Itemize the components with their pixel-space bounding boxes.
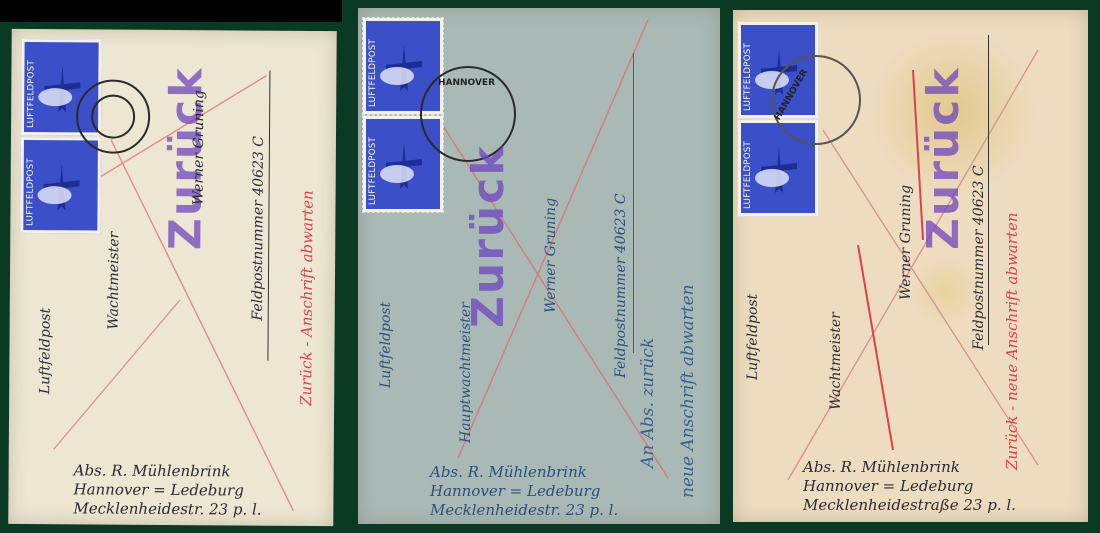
address-line: Werner Gruning — [191, 90, 208, 205]
sender-address: Abs. R. Mühlenbrink Hannover = Ledeburg … — [430, 463, 618, 520]
stamp-label: LUFTFELDPOST — [368, 39, 378, 107]
red-note: Zurück - neue Anschrift abwarten — [1003, 213, 1021, 470]
underline — [988, 35, 989, 345]
return-stamp: Zurück — [918, 66, 969, 250]
address-line: Werner Gruning — [898, 185, 914, 300]
underline — [267, 71, 270, 361]
sender-line: Mecklenheidestr. 23 p. l. — [430, 501, 618, 520]
address-line: Luftfeldpost — [378, 302, 394, 388]
stamp-label: LUFTFELDPOST — [743, 43, 753, 111]
stamp-label: LUFTFELDPOST — [743, 141, 753, 209]
sender-line: Mecklenheidestr. 23 p. l. — [73, 499, 261, 519]
address-line: Werner Gruning — [543, 198, 559, 313]
address-line: Feldpostnummer 40623 C — [613, 193, 629, 378]
black-border — [0, 0, 342, 22]
sender-line: Hannover = Ledeburg — [430, 482, 618, 501]
sender-line: Abs. R. Mühlenbrink — [74, 461, 262, 481]
blue-note: neue Anschrift abwarten — [678, 284, 698, 498]
return-stamp: Zurück — [463, 144, 514, 328]
underline — [633, 53, 634, 353]
sender-address: Abs. R. Mühlenbrink Hannover = Ledeburg … — [73, 461, 262, 519]
red-note: Zurück - Anschrift abwarten — [297, 190, 317, 406]
address-line: Luftfeldpost — [37, 308, 54, 394]
sender-line: Mecklenheidestraße 23 p. l. — [803, 496, 1016, 515]
address-line: Hauptwachtmeister — [458, 302, 474, 443]
luftfeldpost-stamp: LUFTFELDPOST — [20, 137, 101, 234]
address-line: Feldpostnummer 40623 C — [971, 165, 987, 350]
address-line: Wachtmeister — [106, 232, 123, 330]
blue-note: An Abs. zurück — [638, 338, 658, 468]
envelope-3: LUFTFELDPOST LUFTFELDPOST HANNOVER Zurüc… — [733, 10, 1088, 522]
postmark-inner — [91, 94, 135, 138]
sender-line: Abs. R. Mühlenbrink — [803, 458, 1016, 477]
address-line: Feldpostnummer 40623 C — [250, 136, 267, 321]
sender-line: Abs. R. Mühlenbrink — [430, 463, 618, 482]
stamp-label: LUFTFELDPOST — [368, 137, 378, 205]
address-line: Luftfeldpost — [745, 294, 761, 380]
sender-address: Abs. R. Mühlenbrink Hannover = Ledeburg … — [803, 458, 1016, 515]
envelope-1: LUFTFELDPOST LUFTFELDPOST Zurück Luftfel… — [8, 29, 336, 526]
envelope-2: LUFTFELDPOST LUFTFELDPOST HANNOVER Zurüc… — [358, 8, 720, 524]
stamp-label: LUFTFELDPOST — [26, 60, 36, 128]
sender-line: Hannover = Ledeburg — [803, 477, 1016, 496]
sender-line: Hannover = Ledeburg — [73, 480, 261, 500]
stamp-label: LUFTFELDPOST — [25, 158, 35, 226]
postmark-text: HANNOVER — [438, 78, 495, 88]
address-line: Wachtmeister — [828, 312, 844, 410]
